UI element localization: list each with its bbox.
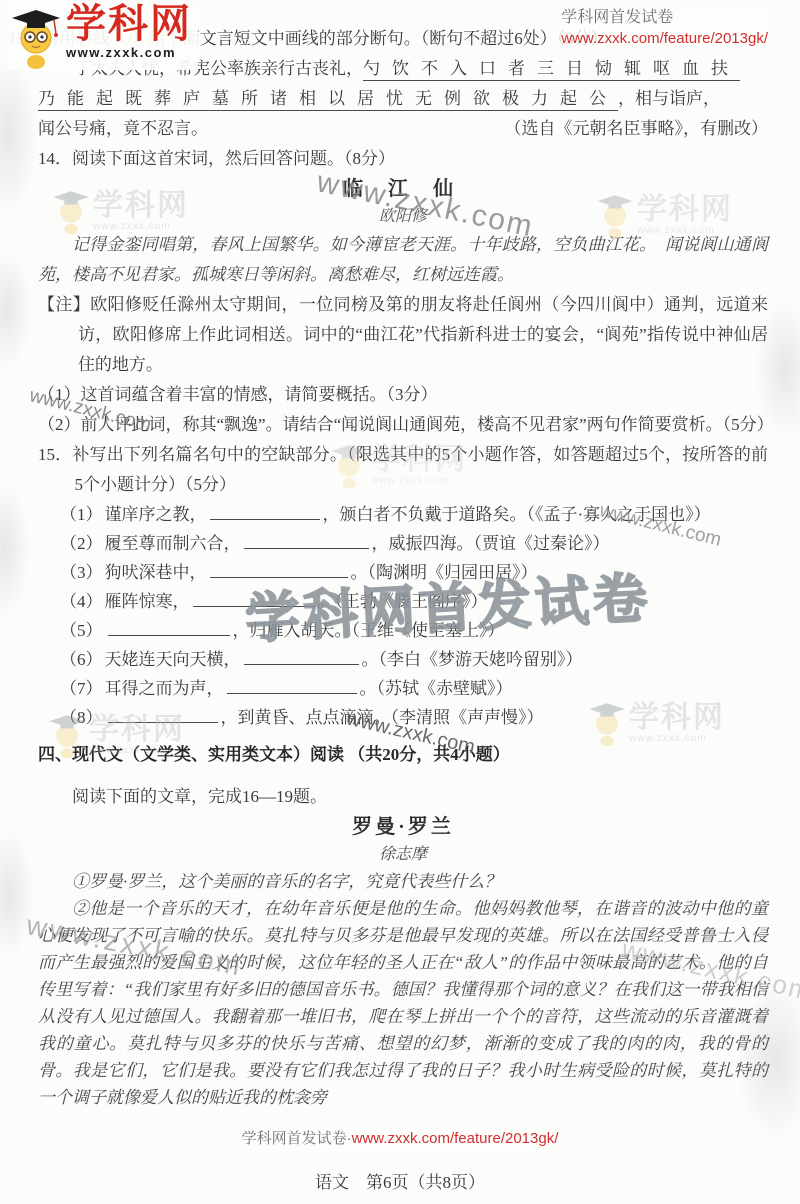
poem-author: 欧阳修 — [38, 204, 768, 230]
footer-watermark: 学科网首发试卷·www.zxxk.com/feature/2013gk/ — [242, 1128, 559, 1150]
q14-sub2: （2）前人评此词，称其“飘逸”。请结合“闻说阆山通阆苑，楼高不见君家”两句作简要… — [38, 410, 768, 440]
exam-page: 13．请用斜线（/）给下面文言短文中画线的部分断句。（断句不超过6处）（3分） … — [0, 0, 800, 1204]
item-post-text: 。（李白《梦游天姥吟留别》） — [362, 650, 583, 669]
page-content: 13．请用斜线（/）给下面文言短文中画线的部分断句。（断句不超过6处）（3分） … — [38, 24, 768, 1111]
answer-blank — [210, 505, 320, 520]
q15-list: （1）谨庠序之教，，颁白者不负戴于道路矣。（《孟子·寡人之于国也》） （2）履至… — [60, 500, 768, 732]
item-number: （4） — [60, 592, 103, 611]
item-pre-text: 雁阵惊寒， — [105, 592, 190, 611]
item-pre-text: 天姥连天向天横， — [105, 650, 241, 669]
item-pre-text: 耳得之而为声， — [105, 679, 224, 698]
q13-underlined-segment: 乃能起既葬庐墓所诸相以居忧无例欲极力起公 — [38, 89, 618, 111]
item-number: （5） — [60, 621, 103, 640]
reading-intro: 阅读下面的文章，完成16—19题。 — [38, 782, 768, 812]
q15-item: （3）狗吠深巷中，。（陶渊明《归园田居》） — [60, 558, 768, 587]
item-pre-text: 谨庠序之教， — [105, 505, 207, 524]
answer-blank — [210, 563, 348, 578]
answer-blank — [108, 621, 230, 636]
answer-blank — [108, 708, 218, 723]
q13-plain-text: ，相与诣庐， — [618, 89, 720, 108]
scan-smudge — [0, 250, 32, 370]
q15-item: （6）天姥连天向天横，。（李白《梦游天姥吟留别》） — [60, 645, 768, 674]
item-pre-text: 狗吠深巷中， — [105, 563, 207, 582]
scan-smudge — [0, 55, 38, 215]
q15-item: （8），到黄昏、点点滴滴。（李清照《声声慢》） — [60, 703, 768, 732]
item-number: （8） — [60, 708, 103, 727]
page-number: 语文 第6页（共8页） — [0, 1168, 800, 1193]
poem-note: 【注】欧阳修贬任滁州太守期间，一位同榜及第的朋友将赴任阆州（今四川阆中）通判，远… — [38, 290, 768, 380]
scan-smudge — [0, 830, 34, 960]
footer-watermark-link[interactable]: www.zxxk.com/feature/2013gk/ — [352, 1130, 559, 1147]
poem-text: 记得金銮同唱第，春风上国繁华。如今薄宦老天涯。十年歧路，空负曲江花。 闻说阆山通… — [38, 230, 768, 290]
item-number: （7） — [60, 679, 103, 698]
zxxk-brand-logo: 学科网 www.zxxk.com — [8, 2, 198, 70]
essay-title: 罗曼·罗兰 — [38, 812, 768, 842]
footer-watermark-prefix: 学科网首发试卷· — [242, 1130, 352, 1147]
zxxk-mascot-icon — [10, 4, 62, 70]
essay-para2: ②他是一个音乐的天才，在幼年音乐便是他的生命。他妈妈教他琴，在谐音的波动中他的童… — [38, 895, 768, 1111]
q13-source: （选自《元朝名臣事略》，有删改） — [505, 114, 769, 144]
header-release-block: 学科网首发试卷 www.zxxk.com/feature/2013gk/ — [557, 6, 772, 50]
answer-blank — [193, 592, 315, 607]
item-number: （1） — [60, 505, 103, 524]
header-release-title: 学科网首发试卷 — [561, 7, 768, 28]
q13-plain-text: 闻公号痛，竟不忍言。 — [38, 114, 208, 144]
q15-item: （5），归雁入胡天。（王维《使至塞上》） — [60, 616, 768, 645]
answer-blank — [244, 650, 359, 665]
item-post-text: ，归雁入胡天。（王维《使至塞上》） — [233, 621, 505, 640]
q15-item: （4）雁阵惊寒，。（王勃《滕王阁序》） — [60, 587, 768, 616]
q13-underlined-segment: 勺饮不入口者三日恸辄呕血扶 — [363, 59, 740, 81]
poem-title: 临 江 仙 — [38, 174, 768, 204]
item-post-text: 。（苏轼《赤壁赋》） — [360, 679, 513, 698]
item-post-text: ，颁白者不负戴于道路矣。（《孟子·寡人之于国也》） — [323, 505, 711, 524]
q15-item: （2）履至尊而制六合，，威振四海。（贾谊《过秦论》） — [60, 529, 768, 558]
item-post-text: 。（王勃《滕王阁序》） — [318, 592, 488, 611]
item-number: （3） — [60, 563, 103, 582]
q15-stem: 15．补写出下列名篇名句中的空缺部分。（限选其中的5个小题作答，如答题超过5个，… — [38, 440, 768, 500]
essay-author: 徐志摩 — [38, 842, 768, 868]
q13-passage-line: 乃能起既葬庐墓所诸相以居忧无例欲极力起公，相与诣庐， — [38, 84, 768, 114]
q15-item: （7）耳得之而为声，。（苏轼《赤壁赋》） — [60, 674, 768, 703]
q14-stem: 14．阅读下面这首宋词，然后回答问题。（8分） — [38, 144, 768, 174]
logo-wordmark: 学科网 — [66, 4, 192, 44]
item-post-text: ，到黄昏、点点滴滴。（李清照《声声慢》） — [221, 708, 544, 727]
answer-blank — [227, 679, 357, 694]
item-post-text: ，威振四海。（贾谊《过秦论》） — [372, 534, 610, 553]
header-feature-link[interactable]: www.zxxk.com/feature/2013gk/ — [561, 28, 768, 49]
item-pre-text: 履至尊而制六合， — [105, 534, 241, 553]
q13-passage-line: 闻公号痛，竟不忍言。（选自《元朝名臣事略》，有删改） — [38, 114, 768, 144]
section4-heading: 四、现代文（文学类、实用类文本）阅读 （共20分，共4小题） — [38, 740, 768, 770]
q15-item: （1）谨庠序之教，，颁白者不负戴于道路矣。（《孟子·寡人之于国也》） — [60, 500, 768, 529]
item-number: （2） — [60, 534, 103, 553]
essay-para1: ①罗曼·罗兰，这个美丽的音乐的名字，究竟代表些什么？ — [38, 868, 768, 895]
scan-smudge — [0, 480, 30, 620]
answer-blank — [244, 534, 369, 549]
logo-site-url: www.zxxk.com — [66, 45, 192, 60]
item-post-text: 。（陶渊明《归园田居》） — [351, 563, 538, 582]
item-number: （6） — [60, 650, 103, 669]
q14-sub1: （1）这首词蕴含着丰富的情感，请简要概括。（3分） — [38, 380, 768, 410]
